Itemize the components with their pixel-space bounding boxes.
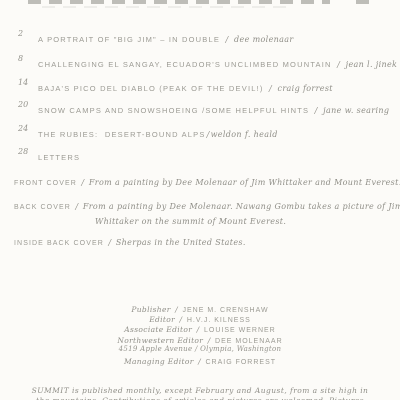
toc-author: dee molenaar bbox=[234, 35, 294, 44]
cover-separator: / bbox=[75, 202, 78, 211]
front-cover-note: FRONT COVER / From a painting by Dee Mol… bbox=[14, 175, 400, 190]
back-cover-note: BACK COVER / From a painting by Dee Mole… bbox=[14, 199, 400, 227]
toc-page-number: 8 bbox=[18, 54, 34, 63]
toc-entry: 8CHALLENGING EL SANGAY, ECUADOR'S UNCLIM… bbox=[38, 54, 397, 72]
cover-separator: / bbox=[108, 238, 111, 247]
cropped-text-top-right bbox=[356, 0, 370, 4]
masthead-name: CRAIG FORREST bbox=[205, 359, 276, 366]
toc-entry: 28LETTERS bbox=[38, 147, 80, 165]
toc-page-number: 14 bbox=[18, 78, 34, 87]
cover-text: From a painting by Dee Molenaar. Nawang … bbox=[83, 202, 400, 226]
toc-author: craig forrest bbox=[278, 84, 333, 93]
toc-page-number: 20 bbox=[18, 100, 34, 109]
toc-page-number: 2 bbox=[18, 29, 34, 38]
toc-title: A PORTRAIT OF "BIG JIM" – IN DOUBLE bbox=[38, 35, 220, 44]
toc-separator: / bbox=[337, 60, 340, 69]
toc-title: CHALLENGING EL SANGAY, ECUADOR'S UNCLIMB… bbox=[38, 60, 332, 69]
toc-entry: 2A PORTRAIT OF "BIG JIM" – IN DOUBLE / d… bbox=[38, 29, 294, 47]
scanned-contents-page: 2A PORTRAIT OF "BIG JIM" – IN DOUBLE / d… bbox=[0, 0, 400, 400]
cropped-text-top bbox=[28, 0, 330, 4]
toc-entry: 14BAJA'S PICO DEL DIABLO (PEAK OF THE DE… bbox=[38, 78, 333, 96]
toc-page-number: 28 bbox=[18, 147, 34, 156]
toc-separator: / bbox=[226, 35, 229, 44]
inside-back-cover-note: INSIDE BACK COVER / Sherpas in the Unite… bbox=[14, 235, 400, 250]
masthead-role: Managing Editor bbox=[124, 357, 194, 366]
toc-entry: 24THE RUBIES: DESERT-BOUND ALPS/weldon f… bbox=[38, 124, 278, 142]
cover-label: FRONT COVER bbox=[14, 180, 77, 187]
masthead-separator: / bbox=[198, 357, 201, 366]
toc-title: BAJA'S PICO DEL DIABLO (PEAK OF THE DEVI… bbox=[38, 84, 264, 93]
toc-separator: / bbox=[269, 84, 272, 93]
masthead-line: Managing Editor / CRAIG FORREST bbox=[0, 351, 400, 369]
cropped-text-top-ghost bbox=[42, 6, 292, 8]
cover-label: BACK COVER bbox=[14, 204, 71, 211]
toc-author: weldon f. heald bbox=[211, 130, 278, 139]
cover-text: Sherpas in the United States. bbox=[116, 238, 246, 247]
toc-entry: 20SNOW CAMPS AND SNOWSHOEING /SOME HELPF… bbox=[38, 100, 389, 118]
colophon-line-2: the mountains. Contributions of articles… bbox=[0, 396, 400, 400]
toc-title: LETTERS bbox=[38, 153, 80, 162]
cover-label: INSIDE BACK COVER bbox=[14, 240, 104, 247]
toc-author: jane w. searing bbox=[323, 106, 389, 115]
toc-title: SNOW CAMPS AND SNOWSHOEING /SOME HELPFUL… bbox=[38, 106, 309, 115]
cover-separator: / bbox=[81, 178, 84, 187]
toc-author: jean l. jinek bbox=[346, 60, 398, 69]
toc-separator: / bbox=[207, 130, 210, 139]
toc-title: THE RUBIES: DESERT-BOUND ALPS bbox=[38, 130, 206, 139]
toc-page-number: 24 bbox=[18, 124, 34, 133]
cover-text: From a painting by Dee Molenaar of Jim W… bbox=[89, 178, 400, 187]
toc-separator: / bbox=[315, 106, 318, 115]
colophon-line-1: SUMMIT is published monthly, except Febr… bbox=[0, 386, 400, 395]
